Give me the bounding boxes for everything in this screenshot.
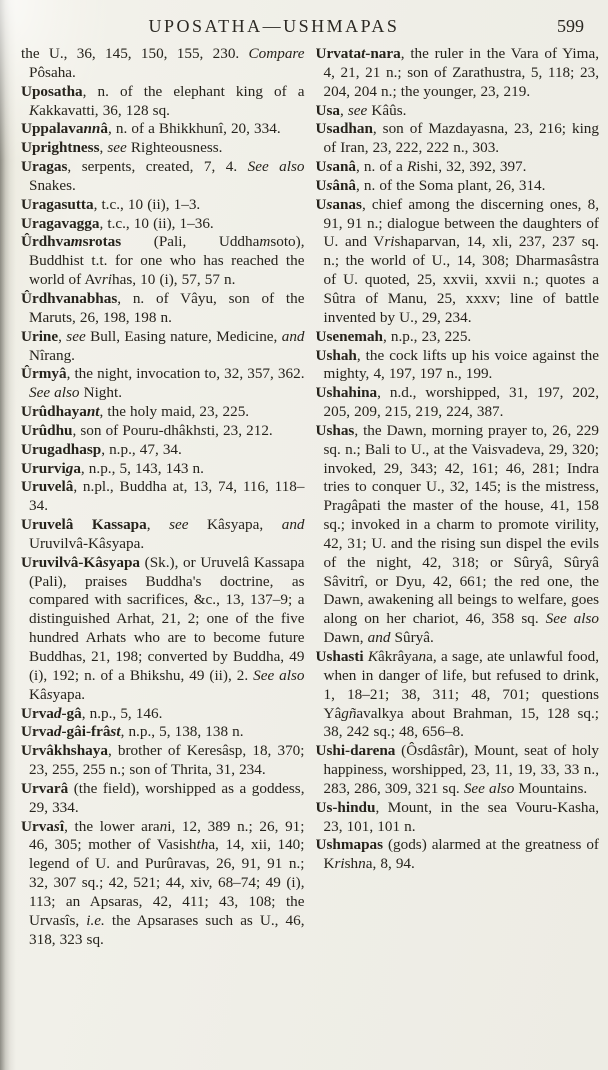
text-run: Ûrmyâ <box>21 365 67 382</box>
text-run: Bull, Easing nature, Medicine, <box>86 328 282 345</box>
text-run: Uragas <box>21 158 67 175</box>
text-run: d <box>54 705 62 722</box>
text-run: ishi, 32, 392, 397. <box>416 158 526 175</box>
text-run: , t.c., 10 (ii), 1–36. <box>99 215 213 232</box>
text-run: avalkya about Brahman, 15, 128 sq.; 38, … <box>324 705 600 741</box>
text-run: Kâûs. <box>367 102 406 119</box>
text-run: (Ô <box>395 742 417 759</box>
index-entry: Usadhan, son of Mazdayasna, 23, 216; kin… <box>316 120 600 158</box>
text-run: R <box>407 158 416 175</box>
text-run: Urûdhu <box>21 422 73 439</box>
text-run: Ushah <box>316 347 357 364</box>
text-run: Pôsaha. <box>29 64 76 81</box>
index-entry: Urvarâ (the field), worshipped as a godd… <box>21 780 305 818</box>
index-entry: Us-hindu, Mount, in the sea Vouru-Kasha,… <box>316 799 600 837</box>
text-run: Urva <box>21 705 54 722</box>
text-run: Uragavagga <box>21 215 99 232</box>
index-entry: Uragas, serpents, created, 7, 4. See als… <box>21 158 305 196</box>
text-run: the U., 36, 145, 150, 155, 230. <box>21 45 249 62</box>
text-run: îs, <box>65 912 86 929</box>
text-run: yapa. <box>112 535 144 552</box>
right-column: Urvatat-nara, the ruler in the Vara of Y… <box>316 45 600 1063</box>
text-run: -nara <box>365 45 400 62</box>
text-run: Usa <box>316 102 340 119</box>
text-run: see <box>348 102 367 119</box>
text-run: Uprightness <box>21 139 99 156</box>
text-run: Us-hindu <box>316 799 376 816</box>
text-run: ri <box>102 271 112 288</box>
text-run: Uppalava <box>21 120 83 137</box>
text-columns: the U., 36, 145, 150, 155, 230. Compare … <box>21 45 599 1063</box>
text-run: Uposatha <box>21 83 83 100</box>
text-run: , the night, invocation to, 32, 357, 362… <box>67 365 305 382</box>
text-run: â <box>100 120 108 137</box>
text-run: Righteousness. <box>127 139 223 156</box>
text-run: (Pali, Uddha <box>121 233 259 250</box>
text-run: see <box>107 139 126 156</box>
text-run: Urvâkhshaya <box>21 742 108 759</box>
index-entry: Urvad-gâi-frâst, n.p., 5, 138, 138 n. <box>21 723 305 742</box>
text-run: , n.p., 47, 34. <box>101 441 182 458</box>
index-entry: Uprightness, see Righteousness. <box>21 139 305 158</box>
index-entry: Urvad-gâ, n.p., 5, 146. <box>21 705 305 724</box>
text-run: m <box>71 233 83 250</box>
text-run: and <box>282 516 305 533</box>
text-run: (the field), worshipped as a goddess, 29… <box>29 780 305 816</box>
text-run: , son of Pouru-dhâkh <box>73 422 201 439</box>
text-run: th <box>196 836 208 853</box>
text-run: st <box>110 723 120 740</box>
text-run: anâ <box>332 158 356 175</box>
index-entry: Usanas, chief among the discerning ones,… <box>316 196 600 328</box>
index-entry: Ushmapas (gods) alarmed at the greatness… <box>316 836 600 874</box>
text-run: Uruvilvâ-Kâ <box>29 535 106 552</box>
text-run: See also <box>546 610 599 627</box>
index-entry: Usânâ, n. of the Soma plant, 26, 314. <box>316 177 600 196</box>
text-run: dâ <box>423 742 437 759</box>
text-run: a <box>73 460 81 477</box>
text-run: Ûrdhvanabhas <box>21 290 117 307</box>
index-entry: Urûdhu, son of Pouru-dhâkhsti, 23, 212. <box>21 422 305 441</box>
text-run: and <box>282 328 305 345</box>
index-entry: Uruvilvâ-Kâsyapa (Sk.), or Uruvelâ Kassa… <box>21 554 305 705</box>
text-run: Uruvelâ Kassapa <box>21 516 147 533</box>
text-run: ti, 23, 212. <box>207 422 273 439</box>
text-run: has, 10 (i), 57, 57 n. <box>112 271 235 288</box>
text-run: , the holy maid, 23, 225. <box>100 403 250 420</box>
text-run: n <box>358 855 366 872</box>
index-entry: Uposatha, n. of the elephant king of a K… <box>21 83 305 121</box>
text-run: Usenemah <box>316 328 384 345</box>
text-run: Ushmapas <box>316 836 384 853</box>
text-run: Mountains. <box>514 780 587 797</box>
text-run: , n. of a Bhikkhunî, 20, 334. <box>108 120 281 137</box>
text-run: See also <box>29 384 80 401</box>
index-entry: Urvatat-nara, the ruler in the Vara of Y… <box>316 45 600 102</box>
text-run: See also <box>253 667 304 684</box>
text-run: ri <box>334 855 344 872</box>
text-run: Urva <box>21 723 54 740</box>
text-run: Snakes. <box>29 177 76 194</box>
text-run: U <box>316 158 327 175</box>
index-entry: Usanâ, n. of a Rishi, 32, 392, 397. <box>316 158 600 177</box>
text-run: see <box>66 328 85 345</box>
text-run: , n. of the elephant king of a <box>83 83 305 100</box>
text-run: See also <box>248 158 305 175</box>
index-entry: Uragasutta, t.c., 10 (ii), 1–3. <box>21 196 305 215</box>
left-column: the U., 36, 145, 150, 155, 230. Compare … <box>21 45 305 1063</box>
text-run: Uruvelâ <box>21 478 73 495</box>
text-run: yapa. <box>53 686 85 703</box>
text-run: ânâ <box>332 177 356 194</box>
text-run: a, 8, 94. <box>366 855 415 872</box>
text-run: , the lower ara <box>64 818 160 835</box>
index-entry: Ushahina, n.d., worshipped, 31, 197, 202… <box>316 384 600 422</box>
index-entry: Urûdhayant, the holy maid, 23, 225. <box>21 403 305 422</box>
page-number: 599 <box>557 16 584 37</box>
text-run: Ushas <box>316 422 355 439</box>
text-run: -gâi-frâ <box>62 723 111 740</box>
text-run: Nîrang. <box>29 347 75 364</box>
index-entry: Uruvelâ Kassapa, see Kâsyapa, and Uruvil… <box>21 516 305 554</box>
text-run: see <box>169 516 188 533</box>
index-entry: Ururviga, n.p., 5, 143, 143 n. <box>21 460 305 479</box>
index-entry: Ûrmyâ, the night, invocation to, 32, 357… <box>21 365 305 403</box>
index-entry: Uragavagga, t.c., 10 (ii), 1–36. <box>21 215 305 234</box>
text-run: U <box>316 196 327 213</box>
index-entry: Ushas, the Dawn, morning prayer to, 26, … <box>316 422 600 648</box>
text-run: st <box>437 742 447 759</box>
text-run: , the cock lifts up his voice against th… <box>324 347 600 383</box>
text-run: Ushi-darena <box>316 742 396 759</box>
scan-edge-shadow <box>0 0 16 1070</box>
text-run: Urûdhaya <box>21 403 87 420</box>
text-run: Sûryâ. <box>390 629 433 646</box>
text-run: Ururvi <box>21 460 66 477</box>
index-entry: Ushah, the cock lifts up his voice again… <box>316 347 600 385</box>
text-run: , t.c., 10 (ii), 1–3. <box>94 196 201 213</box>
text-run: Compare <box>249 45 305 62</box>
text-run: i.e. <box>86 912 105 929</box>
text-run: Kâ <box>189 516 225 533</box>
text-run: , n. of the Soma plant, 26, 314. <box>356 177 545 194</box>
text-run: nt <box>87 403 100 420</box>
text-run: , n.p., 5, 146. <box>82 705 163 722</box>
text-run: Night. <box>80 384 123 401</box>
text-run: Kâ <box>29 686 47 703</box>
index-entry: Ushasti Kâkrâyana, a sage, ate unlawful … <box>316 648 600 742</box>
text-run: Uragasutta <box>21 196 94 213</box>
text-run: Urva <box>21 818 54 835</box>
text-run: , serpents, created, 7, 4. <box>67 158 247 175</box>
index-entry: Ûrdhvanabhas, n. of Vâyu, son of the Mar… <box>21 290 305 328</box>
book-page: UPOSATHA—USHMAPAS 599 the U., 36, 145, 1… <box>0 0 608 1070</box>
index-entry: Usenemah, n.p., 23, 225. <box>316 328 600 347</box>
text-run: âkrâya <box>378 648 418 665</box>
text-run: Ushasti <box>316 648 368 665</box>
text-run: Ûrdhva <box>21 233 71 250</box>
index-entry: Urvâkhshaya, brother of Keresâsp, 18, 37… <box>21 742 305 780</box>
text-run: gñ <box>341 705 356 722</box>
text-run: , <box>147 516 169 533</box>
text-run: U <box>316 177 327 194</box>
text-run: See also <box>464 780 515 797</box>
running-title: UPOSATHA—USHMAPAS <box>0 16 548 37</box>
index-entry: Usa, see Kâûs. <box>316 102 600 121</box>
text-run: akkavatti, 36, 128 sq. <box>39 102 170 119</box>
text-run: Urugadhasp <box>21 441 101 458</box>
text-run: âpati the master of the house, 41, 158 s… <box>324 497 600 627</box>
text-run: ri <box>384 233 394 250</box>
text-run: K <box>29 102 39 119</box>
index-entry: Uppalavannâ, n. of a Bhikkhunî, 20, 334. <box>21 120 305 139</box>
text-run: Uruvilvâ-Kâ <box>21 554 103 571</box>
text-run: Ushahina <box>316 384 378 401</box>
text-run: Urvarâ <box>21 780 68 797</box>
text-run: d <box>54 723 62 740</box>
text-run: nn <box>83 120 100 137</box>
text-run: anas <box>332 196 362 213</box>
text-run: m <box>259 233 270 250</box>
text-run: , n.p., 5, 138, 138 n. <box>121 723 244 740</box>
index-entry: Ushi-darena (Ôsdâstâr), Mount, seat of h… <box>316 742 600 799</box>
text-run: Dawn, <box>324 629 368 646</box>
index-entry: Urine, see Bull, Easing nature, Medicine… <box>21 328 305 366</box>
text-run: K <box>368 648 378 665</box>
index-entry: the U., 36, 145, 150, 155, 230. Compare … <box>21 45 305 83</box>
page-header: UPOSATHA—USHMAPAS 599 <box>0 16 608 40</box>
index-entry: Urugadhasp, n.p., 47, 34. <box>21 441 305 460</box>
text-run: n <box>419 648 427 665</box>
index-entry: Uruvelâ, n.pl., Buddha at, 13, 74, 116, … <box>21 478 305 516</box>
text-run: Urine <box>21 328 58 345</box>
text-run: Urvata <box>316 45 362 62</box>
index-entry: Ûrdhvamsrotas (Pali, Uddhamsoto), Buddhi… <box>21 233 305 290</box>
text-run: srotas <box>83 233 122 250</box>
text-run: yapa <box>109 554 140 571</box>
text-run: , n.p., 5, 143, 143 n. <box>81 460 204 477</box>
text-run: Usadhan <box>316 120 373 137</box>
text-run: -gâ <box>62 705 82 722</box>
text-run: , n.p., 23, 225. <box>383 328 471 345</box>
text-run: , n. of a <box>356 158 407 175</box>
text-run: sh <box>345 855 359 872</box>
text-run: (Sk.), or Uruvelâ Kassapa (Pali), praise… <box>29 554 305 684</box>
text-run: yapa, <box>231 516 282 533</box>
text-run: and <box>368 629 391 646</box>
index-entry: Urvasî, the lower arani, 12, 389 n.; 26,… <box>21 818 305 950</box>
text-run: , <box>340 102 348 119</box>
